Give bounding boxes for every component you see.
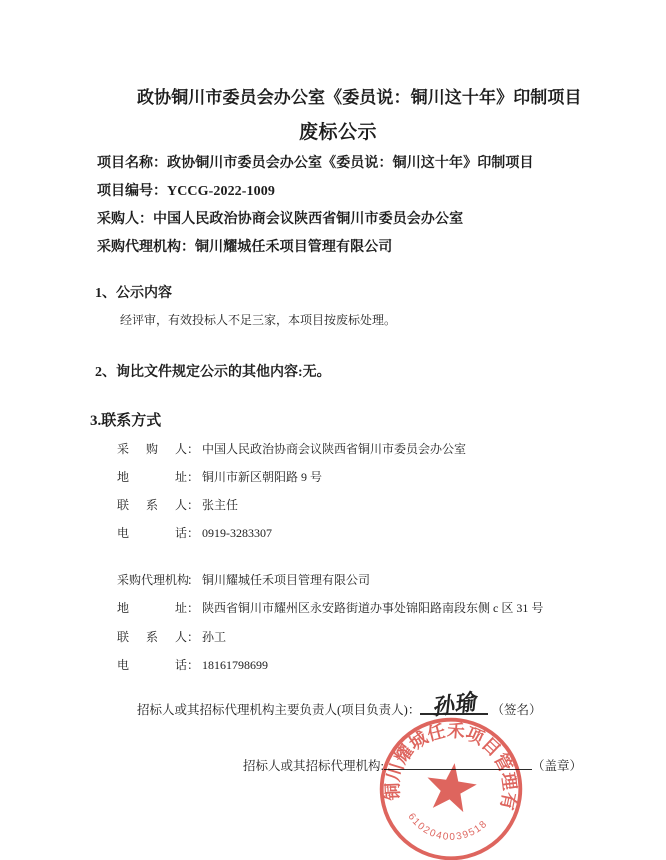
contact-label: 地址	[117, 599, 187, 616]
contact-label: 采购人	[117, 440, 187, 457]
contact-value: 张主任	[202, 498, 238, 512]
contact-colon: ：	[187, 524, 202, 541]
contact-label: 地址	[117, 468, 187, 485]
contact-colon: ：	[187, 571, 202, 588]
company-seal: 铜川耀城任禾项目管理有限公司 6102040039518	[374, 712, 528, 860]
responsible-person-signoff-line: 招标人或其招标代理机构主要负责人(项目负责人)：孙瑜 （签名）	[137, 696, 541, 718]
contact-value: 18161798699	[202, 658, 268, 672]
buyer-contact-row: 采购人：中国人民政治协商会议陕西省铜川市委员会办公室	[117, 440, 466, 457]
stamp-label: 招标人或其招标代理机构:	[243, 759, 384, 773]
contact-label: 采购代理机构	[117, 571, 187, 588]
contact-colon: ：	[187, 440, 202, 457]
contact-colon: ：	[187, 496, 202, 513]
handwritten-signature: 孙瑜	[431, 691, 478, 719]
seal-ring	[374, 712, 528, 860]
svg-text:6102040039518: 6102040039518	[403, 807, 491, 848]
seal-number-text: 6102040039518	[403, 807, 491, 848]
document-page: 政协铜川市委员会办公室《委员说：铜川这十年》印制项目 废标公示 项目名称：政协铜…	[0, 0, 666, 860]
meta-project-number: 项目编号：YCCG-2022-1009	[97, 180, 275, 200]
contact-value: 陕西省铜川市耀州区永安路街道办事处锦阳路南段东侧 c 区 31 号	[202, 601, 543, 615]
meta-label: 采购人：	[97, 212, 153, 227]
section-1-body: 经评审，有效投标人不足三家，本项目按废标处理。	[120, 311, 396, 328]
meta-value: 政协铜川市委员会办公室《委员说：铜川这十年》印制项目	[167, 156, 534, 171]
contact-colon: ：	[187, 599, 202, 616]
signature-line: 孙瑜	[420, 696, 488, 715]
agency-contact-row: 电话：18161798699	[117, 656, 268, 673]
contact-label: 电话	[117, 656, 187, 673]
meta-value: 铜川耀城任禾项目管理有限公司	[195, 240, 392, 255]
meta-value: YCCG-2022-1009	[167, 184, 275, 199]
contact-value: 铜川耀城任禾项目管理有限公司	[202, 573, 370, 587]
meta-project-name: 项目名称：政协铜川市委员会办公室《委员说：铜川这十年》印制项目	[97, 152, 534, 172]
contact-colon: ：	[187, 468, 202, 485]
document-subtitle: 废标公示	[299, 117, 377, 144]
meta-value: 中国人民政治协商会议陕西省铜川市委员会办公室	[153, 212, 463, 227]
meta-label: 项目编号：	[97, 184, 167, 199]
buyer-contact-row: 联系人：张主任	[117, 496, 238, 513]
contact-label: 联系人	[117, 496, 187, 513]
contact-value: 铜川市新区朝阳路 9 号	[202, 470, 322, 484]
signoff-suffix: （签名）	[491, 703, 541, 717]
signoff-label: 招标人或其招标代理机构主要负责人(项目负责人)：	[137, 703, 420, 717]
contact-value: 0919-3283307	[202, 526, 272, 540]
stamp-blank-line	[384, 755, 532, 770]
agency-stamp-signoff-line: 招标人或其招标代理机构:（盖章）	[243, 755, 582, 774]
section-2-heading: 2、询比文件规定公示的其他内容:无。	[95, 361, 331, 381]
buyer-contact-row: 电话：0919-3283307	[117, 524, 272, 541]
contact-value: 中国人民政治协商会议陕西省铜川市委员会办公室	[202, 442, 466, 456]
contact-colon: ：	[187, 656, 202, 673]
agency-contact-row: 地址：陕西省铜川市耀州区永安路街道办事处锦阳路南段东侧 c 区 31 号	[117, 599, 543, 616]
contact-colon: ：	[187, 628, 202, 645]
section-3-heading: 3.联系方式	[90, 409, 161, 430]
document-title: 政协铜川市委员会办公室《委员说：铜川这十年》印制项目	[137, 83, 582, 108]
agency-contact-row: 采购代理机构：铜川耀城任禾项目管理有限公司	[117, 571, 370, 588]
stamp-suffix: （盖章）	[532, 759, 582, 773]
contact-label: 电话	[117, 524, 187, 541]
meta-agency: 采购代理机构：铜川耀城任禾项目管理有限公司	[97, 236, 392, 256]
buyer-contact-row: 地址：铜川市新区朝阳路 9 号	[117, 468, 322, 485]
meta-label: 采购代理机构：	[97, 240, 195, 255]
section-1-heading: 1、公示内容	[95, 282, 172, 302]
agency-contact-row: 联系人：孙工	[117, 628, 226, 645]
contact-label: 联系人	[117, 628, 187, 645]
meta-label: 项目名称：	[97, 156, 167, 171]
contact-value: 孙工	[202, 630, 226, 644]
meta-purchaser: 采购人：中国人民政治协商会议陕西省铜川市委员会办公室	[97, 208, 463, 228]
